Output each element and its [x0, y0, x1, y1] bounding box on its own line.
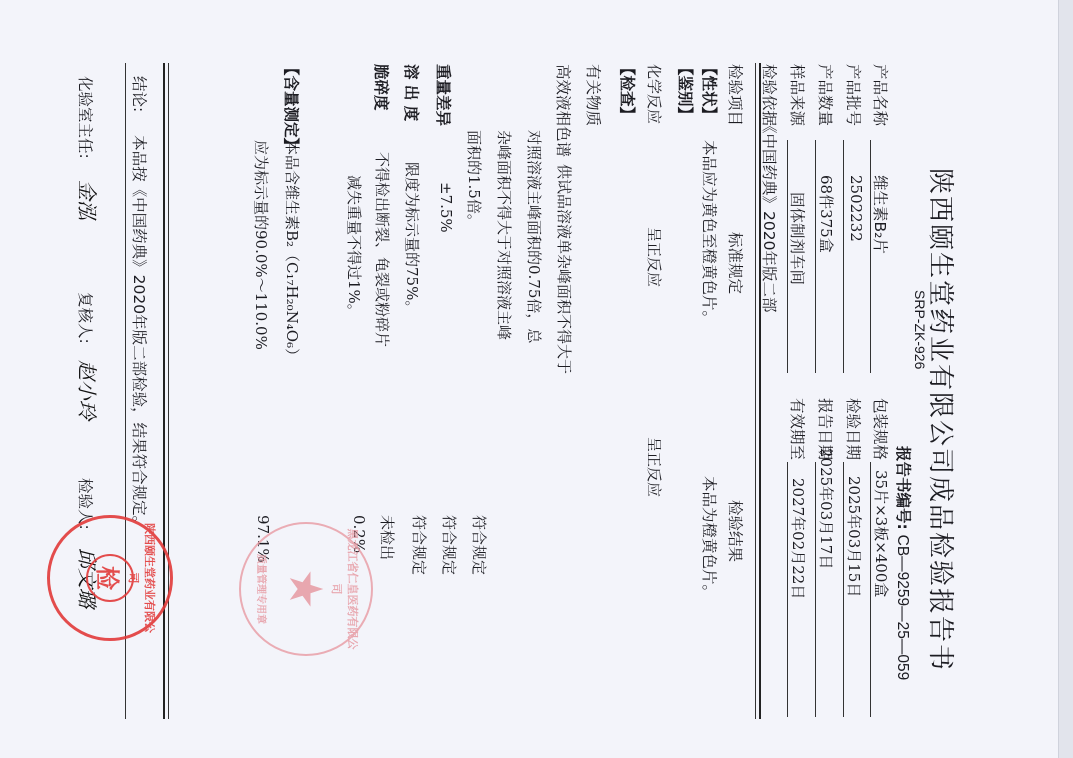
product-name-value: 维生素B₂片: [870, 175, 892, 254]
row-hplc-item: 高效液相色谱: [553, 64, 575, 157]
row-assay-standard-line2: 应为标示量的90.0%～110.0%: [251, 140, 272, 350]
source-value: 固体制剂车间: [787, 192, 809, 285]
underline: [843, 462, 844, 717]
quality-stamp: 黑龙江省仁皇医药有限公司 ★ 质量管理专用章: [239, 522, 373, 656]
page-title: 陕西颐生堂药业有限公司成品检验报告书: [924, 168, 961, 672]
underline: [815, 140, 816, 373]
table-bottom-rule: [163, 63, 165, 719]
row-friability-item: 脆碎度: [371, 64, 393, 111]
underline: [815, 462, 816, 717]
expiry-label: 有效期至: [787, 398, 809, 460]
row-dissolution-standard: 限度为标示量的75%。: [402, 162, 423, 315]
lab-director-label: 化验室主任:: [75, 76, 97, 159]
company-stamp-text: 陕西颐生堂药业有限公司: [126, 518, 158, 638]
row-identification-item: 【鉴别】: [675, 60, 697, 122]
packaging-label: 包装规格: [870, 398, 892, 460]
report-number-label: 报告书编号:: [894, 446, 912, 530]
row-dissolution-item: 溶 出 度: [401, 64, 423, 121]
conclusion-label: 结论:: [130, 76, 148, 112]
header-standard: 标准规定: [725, 232, 747, 294]
conclusion: 结论: 本品按《中国药典》2020年版二部检验，结果符合规定。: [129, 76, 151, 531]
report-date-value: 2025年03月17日: [816, 448, 837, 569]
packaging-value: 35片×3板×400盒: [871, 470, 892, 597]
basis-value: 《中国药典》2020年版二部: [759, 118, 781, 312]
underline: [843, 140, 844, 373]
row-hplc-standard-line2: 对照溶液主峰面积的0.75倍，总: [524, 130, 545, 343]
underline: [787, 462, 788, 717]
test-date-value: 2025年03月15日: [844, 476, 865, 597]
table-bottom-rule-thin: [168, 63, 169, 719]
row-hplc-standard-line4: 面积的1.5倍。: [464, 130, 485, 229]
reviewer-signature: 赵小玲: [74, 360, 103, 420]
row-inspection-item: 【检查】: [617, 60, 639, 122]
report-number: 报告书编号: CB—9259—25—059: [893, 446, 915, 680]
basis-label: 检验依据: [759, 64, 781, 126]
expiry-value: 2027年02月22日: [788, 478, 809, 599]
underline: [870, 140, 871, 373]
report-number-value: CB—9259—25—059: [894, 535, 911, 681]
row-appearance-item: 【性状】: [699, 60, 721, 122]
row-friability-result-line1: 未检出: [377, 515, 398, 560]
source-label: 样品来源: [787, 64, 809, 126]
row-hplc-standard-line1: 供试品溶液单杂峰面积不得大于: [554, 164, 575, 374]
batch-label: 产品批号: [843, 64, 865, 126]
scanned-document-viewer: 陕西颐生堂药业有限公司成品检验报告书 SRP-ZK-926 报告书编号: CB—…: [0, 0, 1073, 758]
batch-value: 2502232: [847, 175, 865, 242]
inspection-report-page: 陕西颐生堂药业有限公司成品检验报告书 SRP-ZK-926 报告书编号: CB—…: [0, 0, 1073, 758]
underline: [870, 462, 871, 717]
row-chem-reaction-standard: 呈正反应: [644, 227, 665, 287]
quality-stamp-subtext: 质量管理专用章: [255, 524, 270, 654]
row-friability-standard-line2: 减失重量不得过1%。: [344, 175, 365, 319]
quantity-value: 68件375盒: [816, 175, 837, 253]
header-item: 检验项目: [725, 64, 747, 126]
row-weight-variation-result: 符合规定: [439, 515, 460, 575]
reviewer-label: 复核人:: [75, 292, 97, 344]
quantity-label: 产品数量: [815, 64, 837, 126]
row-friability-standard-line1: 不得检出断裂、龟裂或粉碎片: [372, 152, 393, 347]
quality-stamp-text: 黑龙江省仁皇医药有限公司: [329, 524, 361, 654]
row-chem-reaction-item: 化学反应: [644, 64, 665, 124]
conclusion-text: 本品按《中国药典》2020年版二部检验，结果符合规定。: [130, 135, 148, 531]
row-hplc-result: 符合规定: [469, 515, 490, 575]
row-assay-standard-line1: 本品含维生素B₂（C₁₇H₂₀N₄O₆）: [282, 140, 303, 363]
header-result: 检验结果: [725, 500, 747, 562]
star-icon: ★: [283, 568, 329, 609]
form-code: SRP-ZK-926: [912, 290, 928, 369]
lab-director-signature: 金泓: [74, 180, 103, 220]
row-appearance-standard: 本品应为黄色至橙黄色片。: [699, 140, 721, 326]
table-top-rule: [759, 63, 761, 719]
row-hplc-standard-line3: 杂峰面积不得大于对照溶液主峰: [494, 130, 515, 340]
row-appearance-result: 本品为橙黄色片。: [699, 476, 721, 600]
underline: [787, 140, 788, 373]
row-weight-variation-standard: ±7.5%: [437, 182, 455, 233]
table-top-rule-thin: [755, 63, 756, 719]
product-name-label: 产品名称: [870, 64, 892, 126]
test-date-label: 检验日期: [843, 398, 865, 460]
row-related-substances-item: 有关物质: [583, 64, 605, 126]
row-dissolution-result: 符合规定: [409, 515, 430, 575]
company-inspection-stamp: 陕西颐生堂药业有限公司 检: [47, 515, 173, 641]
row-weight-variation-item: 重量差异: [433, 64, 455, 126]
row-chem-reaction-result: 呈正反应: [644, 437, 665, 497]
